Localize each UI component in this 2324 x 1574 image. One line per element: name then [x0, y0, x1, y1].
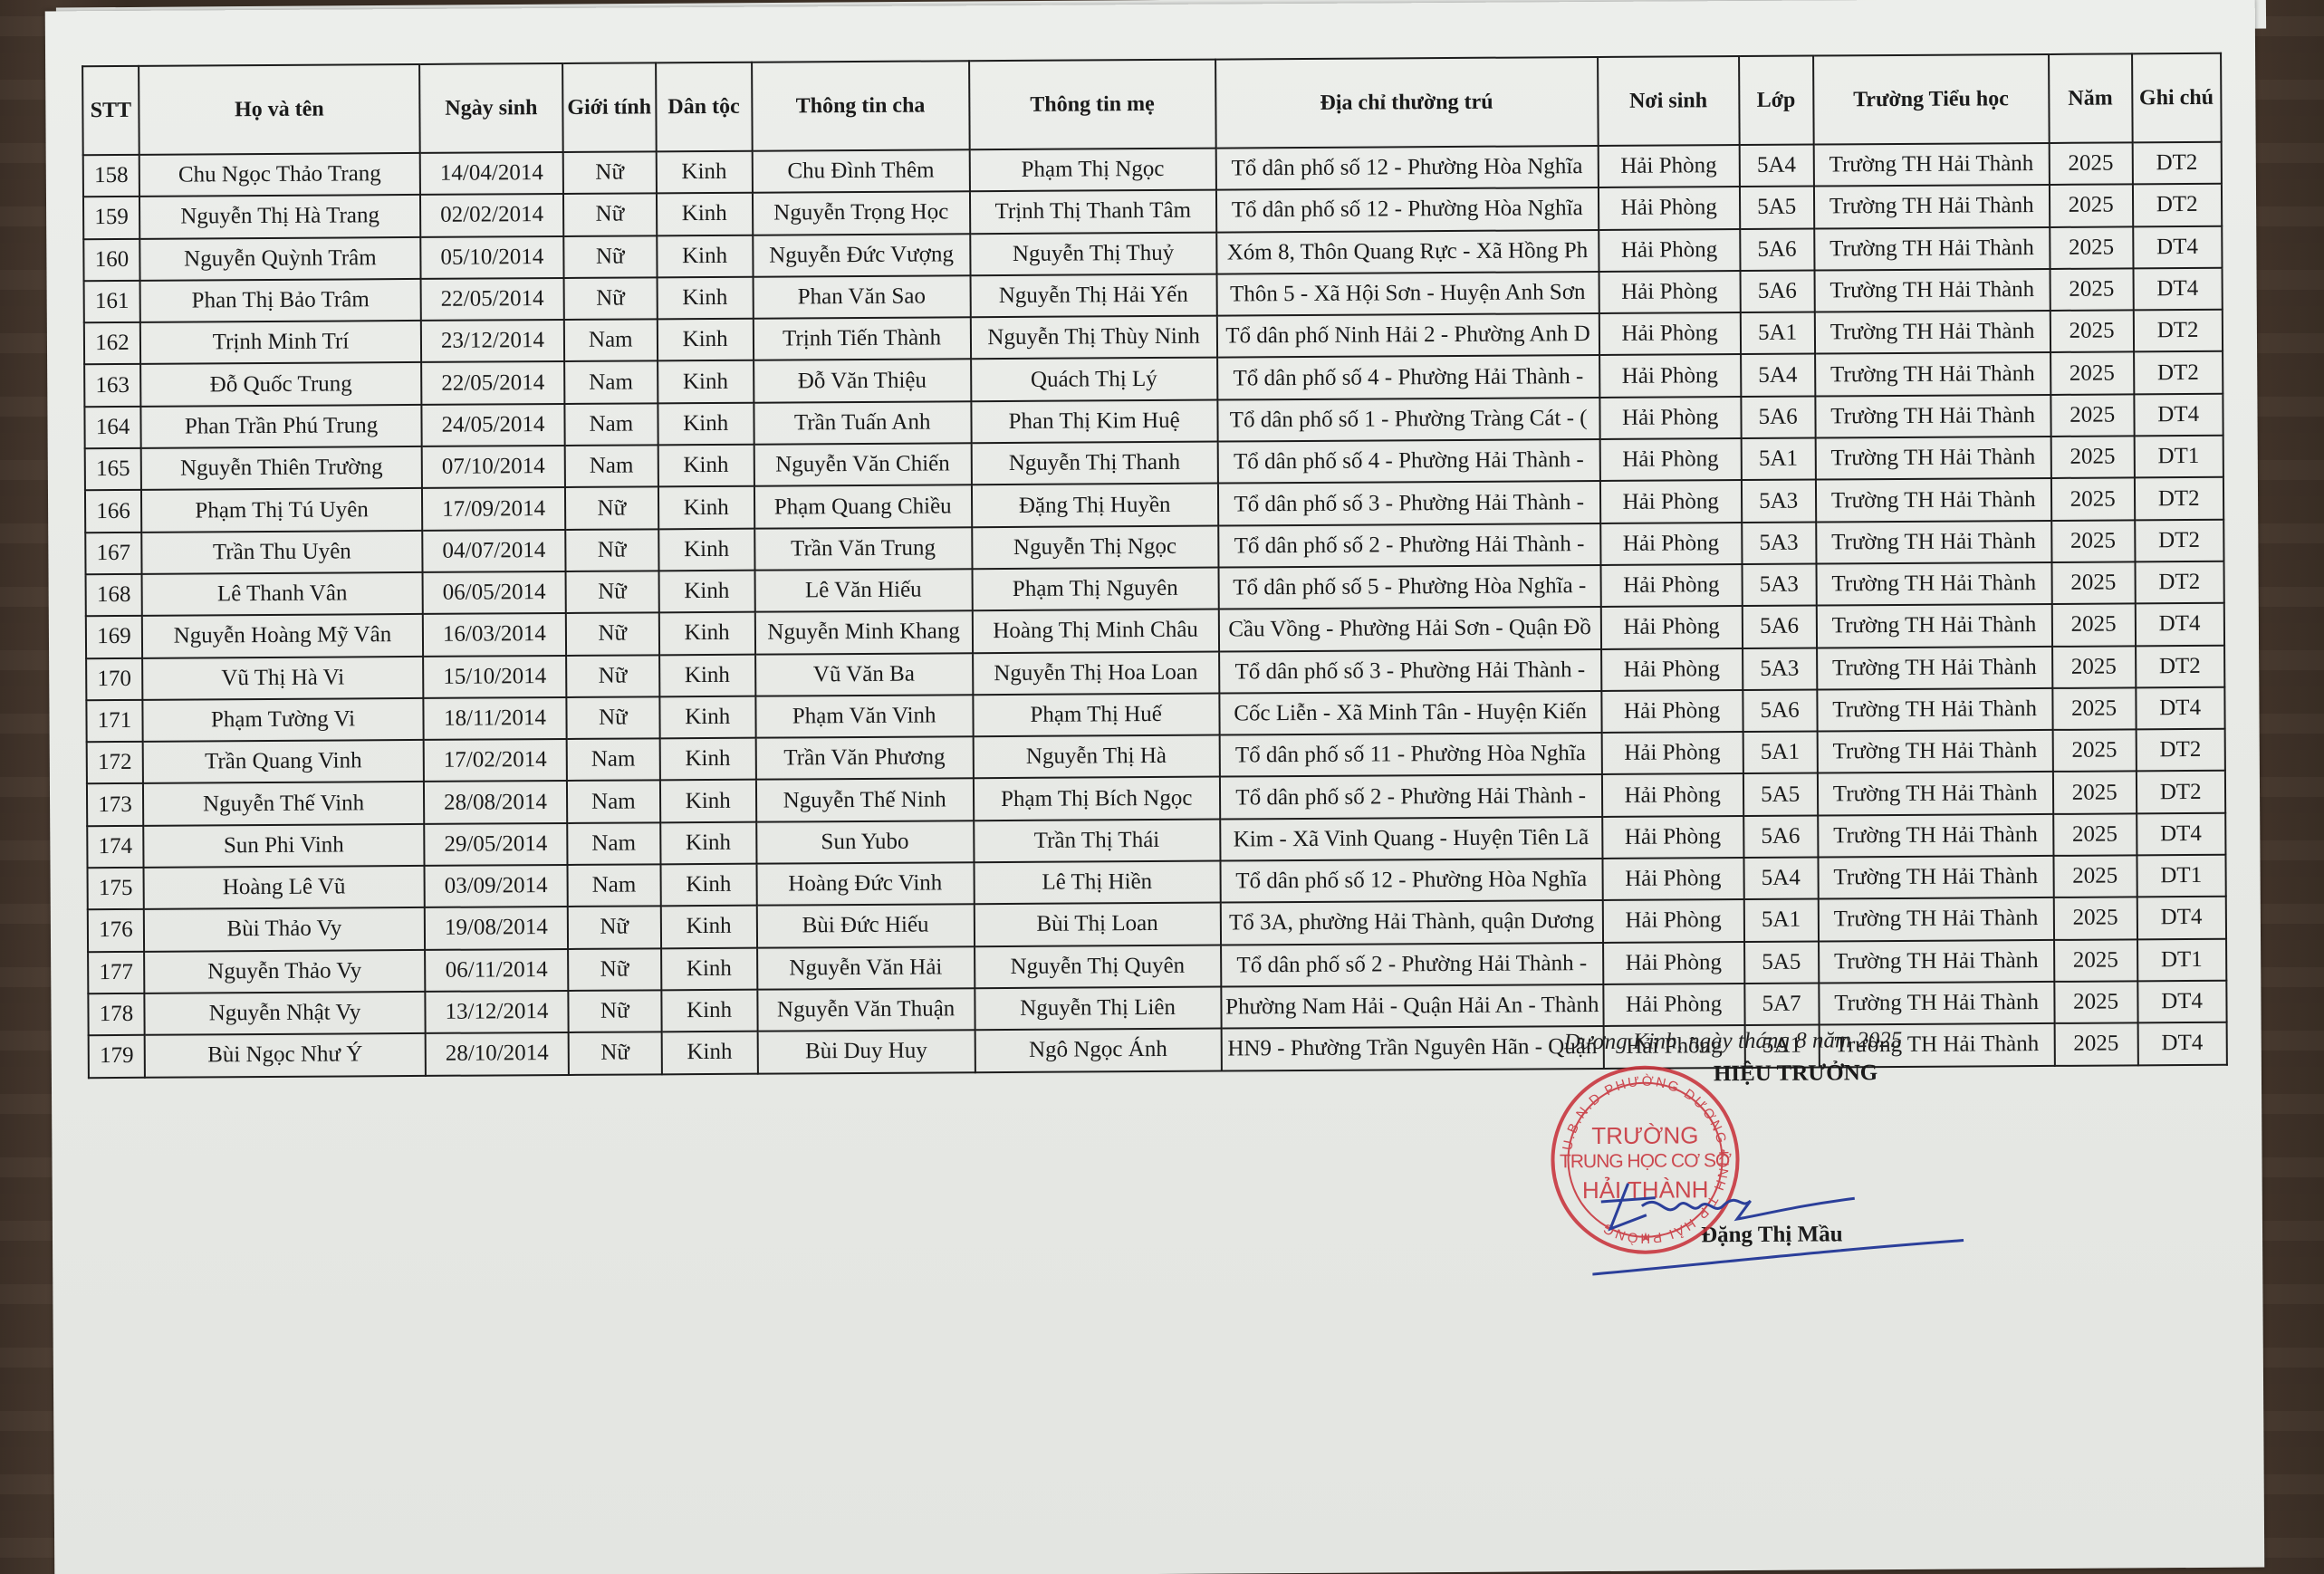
- cell-stt: 179: [89, 1035, 145, 1078]
- cell-father-info: Nguyễn Minh Khang: [754, 610, 972, 654]
- cell-stt: 165: [85, 448, 141, 491]
- cell-full-name: Phạm Thị Tú Uyên: [141, 488, 422, 532]
- cell-full-name: Nguyễn Hoàng Mỹ Vân: [142, 614, 423, 657]
- cell-year: 2025: [2051, 604, 2135, 647]
- cell-permanent-address: Tổ 3A, phường Hải Thành, quận Dương: [1220, 900, 1602, 945]
- cell-ethnicity: Kinh: [658, 528, 754, 571]
- cell-gender: Nữ: [563, 235, 657, 278]
- cell-permanent-address: Cốc Liễn - Xã Minh Tân - Huyện Kiến: [1219, 691, 1601, 735]
- table-header-row: STTHọ và tênNgày sinhGiới tínhDân tộcThô…: [82, 53, 2221, 155]
- cell-ethnicity: Kinh: [658, 571, 754, 613]
- cell-gender: Nam: [567, 781, 660, 823]
- cell-stt: 160: [83, 238, 139, 281]
- cell-father-info: Trần Văn Trung: [754, 527, 972, 571]
- principal-title: HIỆU TRƯỞNG: [1714, 1059, 2144, 1087]
- cell-gender: Nữ: [566, 655, 659, 697]
- header-mother-info: Thông tin mẹ: [969, 60, 1216, 150]
- cell-gender: Nữ: [568, 907, 661, 949]
- cell-class: 5A1: [1743, 732, 1817, 774]
- cell-ethnicity: Kinh: [657, 235, 753, 277]
- cell-father-info: Chu Đình Thêm: [752, 149, 969, 193]
- cell-primary-school: Trường TH Hải Thành: [1818, 814, 2053, 858]
- cell-note: DT4: [2133, 268, 2222, 311]
- cell-stt: 170: [86, 657, 142, 700]
- cell-note: DT4: [2137, 813, 2225, 856]
- cell-full-name: Nguyễn Thiên Trường: [141, 446, 422, 490]
- cell-ethnicity: Kinh: [660, 864, 756, 907]
- cell-birth-date: 28/08/2014: [424, 781, 567, 823]
- cell-primary-school: Trường TH Hải Thành: [1816, 562, 2051, 606]
- cell-birth-date: 29/05/2014: [424, 823, 567, 866]
- cell-ethnicity: Kinh: [658, 445, 754, 487]
- cell-permanent-address: Tổ dân phố số 12 - Phường Hòa Nghĩa: [1216, 187, 1599, 232]
- cell-stt: 161: [84, 281, 140, 323]
- cell-birth-date: 04/07/2014: [422, 530, 565, 572]
- cell-full-name: Trần Quang Vinh: [143, 740, 424, 783]
- cell-birth-date: 22/05/2014: [421, 361, 564, 404]
- cell-class: 5A6: [1743, 689, 1817, 732]
- cell-year: 2025: [2053, 813, 2137, 856]
- cell-note: DT4: [2137, 1022, 2226, 1065]
- cell-permanent-address: Tổ dân phố số 4 - Phường Hải Thành -: [1217, 439, 1599, 484]
- cell-note: DT2: [2135, 561, 2223, 604]
- cell-father-info: Bùi Đức Hiếu: [756, 905, 974, 948]
- cell-mother-info: Nguyễn Thị Hải Yến: [970, 274, 1216, 317]
- cell-note: DT4: [2133, 226, 2222, 268]
- cell-permanent-address: Tổ dân phố Ninh Hải 2 - Phường Anh D: [1216, 313, 1599, 358]
- cell-stt: 175: [88, 868, 144, 910]
- cell-father-info: Nguyễn Thế Ninh: [756, 779, 974, 822]
- header-permanent-address: Địa chỉ thường trú: [1215, 57, 1599, 149]
- cell-year: 2025: [2050, 394, 2134, 437]
- cell-permanent-address: Tổ dân phố số 1 - Phường Tràng Cát - (: [1217, 398, 1599, 442]
- cell-ethnicity: Kinh: [659, 654, 755, 696]
- cell-note: DT2: [2135, 477, 2223, 520]
- cell-year: 2025: [2050, 436, 2134, 478]
- cell-mother-info: Nguyễn Thị Liên: [975, 986, 1221, 1030]
- cell-gender: Nữ: [569, 1032, 662, 1075]
- cell-year: 2025: [2049, 142, 2132, 185]
- cell-class: 5A6: [1742, 606, 1816, 648]
- cell-full-name: Nguyễn Thảo Vy: [144, 950, 425, 993]
- cell-permanent-address: Tổ dân phố số 5 - Phường Hòa Nghĩa -: [1218, 565, 1600, 609]
- cell-class: 5A1: [1741, 438, 1815, 481]
- cell-father-info: Trần Tuấn Anh: [754, 401, 971, 445]
- cell-class: 5A5: [1740, 187, 1814, 229]
- place-date-line: Dương Kinh, ngày tháng 8 năm 2025: [1564, 1026, 2144, 1055]
- cell-mother-info: Trịnh Thị Thanh Tâm: [970, 190, 1216, 234]
- cell-primary-school: Trường TH Hải Thành: [1815, 352, 2050, 396]
- header-ethnicity: Dân tộc: [656, 62, 753, 152]
- cell-permanent-address: Tổ dân phố số 12 - Phường Hòa Nghĩa: [1220, 859, 1602, 903]
- cell-birthplace: Hải Phòng: [1599, 271, 1740, 313]
- cell-full-name: Nguyễn Nhật Vy: [144, 992, 425, 1035]
- cell-permanent-address: Tổ dân phố số 3 - Phường Hải Thành -: [1219, 649, 1601, 694]
- cell-primary-school: Trường TH Hải Thành: [1814, 269, 2050, 312]
- cell-father-info: Lê Văn Hiếu: [754, 569, 972, 612]
- cell-year: 2025: [2053, 855, 2137, 897]
- cell-gender: Nữ: [565, 487, 658, 530]
- cell-primary-school: Trường TH Hải Thành: [1819, 940, 2054, 984]
- cell-gender: Nữ: [563, 151, 657, 194]
- cell-primary-school: Trường TH Hải Thành: [1819, 982, 2054, 1025]
- header-stt: STT: [82, 66, 139, 155]
- cell-mother-info: Lê Thị Hiền: [974, 861, 1220, 905]
- cell-birthplace: Hải Phòng: [1599, 355, 1741, 398]
- cell-father-info: Đỗ Văn Thiệu: [754, 360, 971, 403]
- cell-full-name: Trần Thu Uyên: [141, 531, 422, 574]
- cell-birth-date: 14/04/2014: [420, 152, 563, 195]
- cell-full-name: Trịnh Minh Trí: [140, 321, 421, 364]
- cell-note: DT4: [2135, 603, 2223, 646]
- cell-ethnicity: Kinh: [656, 151, 752, 194]
- cell-gender: Nữ: [564, 277, 658, 320]
- table-body: 158Chu Ngọc Thảo Trang14/04/2014NữKinhCh…: [83, 142, 2227, 1078]
- cell-father-info: Bùi Duy Huy: [757, 1030, 975, 1073]
- cell-mother-info: Nguyễn Thị Hà: [973, 735, 1219, 779]
- cell-year: 2025: [2052, 687, 2136, 730]
- cell-birth-date: 17/09/2014: [422, 487, 565, 530]
- cell-primary-school: Trường TH Hải Thành: [1818, 772, 2053, 815]
- cell-father-info: Trịnh Tiến Thành: [753, 317, 970, 360]
- cell-mother-info: Nguyễn Thị Ngọc: [972, 525, 1218, 569]
- cell-year: 2025: [2050, 352, 2134, 395]
- header-gender: Giới tính: [562, 62, 656, 152]
- cell-stt: 166: [85, 490, 141, 533]
- cell-ethnicity: Kinh: [660, 821, 756, 864]
- cell-stt: 172: [87, 742, 143, 784]
- cell-mother-info: Hoàng Thị Minh Châu: [972, 609, 1218, 653]
- cell-birth-date: 13/12/2014: [425, 991, 568, 1033]
- cell-year: 2025: [2053, 772, 2137, 814]
- cell-stt: 163: [84, 364, 140, 407]
- cell-mother-info: Ngô Ngọc Ánh: [975, 1029, 1221, 1072]
- cell-mother-info: Quách Thị Lý: [971, 358, 1217, 401]
- header-father-info: Thông tin cha: [752, 61, 970, 150]
- cell-full-name: Bùi Thảo Vy: [144, 907, 425, 951]
- cell-permanent-address: Tổ dân phố số 12 - Phường Hòa Nghĩa: [1215, 146, 1598, 190]
- cell-permanent-address: Tổ dân phố số 2 - Phường Hải Thành -: [1220, 774, 1602, 819]
- cell-birthplace: Hải Phòng: [1602, 773, 1743, 816]
- document-page: STTHọ và tênNgày sinhGiới tínhDân tộcThô…: [45, 0, 2265, 1574]
- cell-primary-school: Trường TH Hải Thành: [1814, 311, 2050, 354]
- cell-birth-date: 15/10/2014: [423, 656, 566, 698]
- cell-gender: Nữ: [566, 613, 659, 656]
- cell-note: DT2: [2133, 184, 2222, 226]
- cell-mother-info: Phạm Thị Ngọc: [969, 149, 1215, 192]
- cell-gender: Nữ: [568, 948, 661, 991]
- cell-class: 5A1: [1740, 312, 1814, 355]
- cell-mother-info: Nguyễn Thị Thuỷ: [970, 232, 1216, 275]
- cell-stt: 177: [88, 951, 144, 993]
- cell-permanent-address: Phường Nam Hải - Quận Hải An - Thành: [1221, 984, 1603, 1029]
- cell-birthplace: Hải Phòng: [1599, 312, 1740, 355]
- cell-year: 2025: [2053, 897, 2137, 940]
- cell-ethnicity: Kinh: [658, 612, 754, 655]
- cell-permanent-address: Tổ dân phố số 4 - Phường Hải Thành -: [1217, 355, 1599, 399]
- cell-full-name: Hoàng Lê Vũ: [144, 866, 425, 909]
- cell-primary-school: Trường TH Hải Thành: [1815, 395, 2050, 438]
- cell-gender: Nam: [565, 445, 658, 487]
- cell-year: 2025: [2051, 520, 2135, 562]
- cell-birth-date: 02/02/2014: [420, 194, 563, 236]
- cell-mother-info: Bùi Thị Loan: [974, 903, 1220, 946]
- cell-birthplace: Hải Phòng: [1601, 648, 1743, 691]
- cell-permanent-address: Kim - Xã Vinh Quang - Huyện Tiên Lã: [1220, 817, 1602, 861]
- cell-father-info: Nguyễn Văn Chiến: [754, 443, 971, 486]
- cell-birth-date: 16/03/2014: [423, 613, 566, 656]
- cell-class: 5A5: [1743, 773, 1818, 816]
- cell-gender: Nam: [564, 403, 658, 446]
- cell-father-info: Phan Văn Sao: [753, 275, 970, 319]
- cell-note: DT4: [2137, 981, 2226, 1023]
- cell-primary-school: Trường TH Hải Thành: [1817, 730, 2052, 773]
- cell-permanent-address: Tổ dân phố số 11 - Phường Hòa Nghĩa: [1219, 733, 1601, 777]
- header-class: Lớp: [1739, 56, 1814, 145]
- cell-class: 5A4: [1743, 858, 1818, 900]
- cell-stt: 159: [83, 197, 139, 239]
- cell-stt: 178: [88, 993, 144, 1036]
- cell-primary-school: Trường TH Hải Thành: [1813, 143, 2049, 187]
- cell-note: DT2: [2135, 519, 2223, 561]
- cell-class: 5A6: [1740, 270, 1814, 312]
- student-roster-table: STTHọ và tênNgày sinhGiới tínhDân tộcThô…: [82, 53, 2227, 1079]
- cell-note: DT4: [2134, 394, 2223, 437]
- handwritten-signature: [1592, 1163, 2010, 1283]
- cell-class: 5A4: [1741, 354, 1815, 397]
- cell-full-name: Lê Thanh Vân: [142, 572, 423, 616]
- cell-gender: Nam: [564, 361, 658, 404]
- cell-gender: Nam: [567, 822, 660, 865]
- cell-father-info: Nguyễn Đức Vượng: [753, 234, 970, 277]
- cell-class: 5A3: [1742, 564, 1816, 607]
- cell-ethnicity: Kinh: [659, 696, 755, 739]
- cell-year: 2025: [2051, 561, 2135, 604]
- cell-permanent-address: Thôn 5 - Xã Hội Sơn - Huyện Anh Sơn: [1216, 272, 1599, 316]
- cell-birthplace: Hải Phòng: [1603, 984, 1744, 1026]
- cell-ethnicity: Kinh: [657, 319, 753, 361]
- cell-note: DT2: [2134, 351, 2223, 394]
- cell-class: 5A3: [1742, 522, 1816, 564]
- header-full-name: Họ và tên: [139, 64, 420, 155]
- cell-birthplace: Hải Phòng: [1601, 732, 1743, 774]
- cell-primary-school: Trường TH Hải Thành: [1814, 185, 2050, 228]
- cell-full-name: Phạm Tường Vi: [142, 698, 423, 742]
- cell-birthplace: Hải Phòng: [1600, 564, 1742, 607]
- cell-birthplace: Hải Phòng: [1598, 145, 1739, 187]
- cell-birth-date: 05/10/2014: [420, 236, 563, 279]
- cell-permanent-address: Cầu Vồng - Phường Hải Sơn - Quận Đồ: [1218, 607, 1600, 651]
- cell-note: DT1: [2137, 855, 2225, 897]
- cell-birthplace: Hải Phòng: [1603, 942, 1744, 984]
- cell-permanent-address: Tổ dân phố số 2 - Phường Hải Thành -: [1218, 523, 1600, 568]
- cell-primary-school: Trường TH Hải Thành: [1818, 897, 2053, 941]
- cell-stt: 173: [87, 783, 143, 826]
- cell-year: 2025: [2052, 646, 2136, 688]
- cell-primary-school: Trường TH Hải Thành: [1815, 437, 2050, 480]
- cell-birthplace: Hải Phòng: [1599, 229, 1740, 272]
- cell-note: DT4: [2137, 897, 2225, 939]
- cell-birthplace: Hải Phòng: [1602, 858, 1743, 900]
- cell-stt: 171: [86, 700, 142, 743]
- cell-permanent-address: Xóm 8, Thôn Quang Rực - Xã Hồng Ph: [1216, 230, 1599, 274]
- cell-birth-date: 07/10/2014: [422, 446, 565, 488]
- cell-birth-date: 06/11/2014: [425, 949, 568, 992]
- cell-class: 5A5: [1744, 941, 1819, 984]
- cell-birthplace: Hải Phòng: [1599, 187, 1740, 229]
- cell-note: DT1: [2134, 436, 2223, 478]
- cell-mother-info: Nguyễn Thị Hoa Loan: [973, 651, 1219, 695]
- cell-gender: Nam: [564, 320, 658, 362]
- cell-mother-info: Phạm Thị Nguyên: [972, 568, 1218, 611]
- cell-full-name: Nguyễn Thị Hà Trang: [139, 195, 420, 238]
- cell-class: 5A7: [1744, 983, 1819, 1025]
- cell-father-info: Sun Yubo: [756, 821, 974, 864]
- cell-note: DT2: [2136, 729, 2224, 772]
- cell-ethnicity: Kinh: [658, 486, 754, 529]
- cell-gender: Nữ: [566, 571, 659, 613]
- cell-ethnicity: Kinh: [657, 193, 753, 235]
- cell-birth-date: 03/09/2014: [425, 865, 568, 907]
- cell-mother-info: Đặng Thị Huyền: [972, 484, 1218, 527]
- cell-gender: Nữ: [568, 990, 661, 1032]
- cell-ethnicity: Kinh: [658, 402, 754, 445]
- cell-birthplace: Hải Phòng: [1600, 523, 1742, 565]
- cell-birthplace: Hải Phòng: [1601, 690, 1743, 733]
- cell-full-name: Sun Phi Vinh: [143, 824, 424, 868]
- cell-ethnicity: Kinh: [661, 947, 757, 990]
- cell-primary-school: Trường TH Hải Thành: [1814, 227, 2050, 271]
- cell-permanent-address: Tổ dân phố số 2 - Phường Hải Thành -: [1221, 943, 1603, 987]
- cell-mother-info: Nguyễn Thị Thanh: [971, 442, 1217, 485]
- cell-full-name: Nguyễn Thế Vinh: [143, 782, 424, 825]
- cell-mother-info: Phan Thị Kim Huệ: [971, 399, 1217, 443]
- cell-primary-school: Trường TH Hải Thành: [1816, 521, 2051, 564]
- cell-ethnicity: Kinh: [659, 738, 755, 781]
- cell-stt: 168: [86, 574, 142, 617]
- cell-birth-date: 18/11/2014: [423, 697, 566, 740]
- cell-ethnicity: Kinh: [660, 780, 756, 822]
- cell-year: 2025: [2051, 478, 2135, 521]
- cell-year: 2025: [2050, 268, 2133, 311]
- cell-birth-date: 06/05/2014: [423, 571, 566, 614]
- cell-note: DT1: [2137, 938, 2226, 981]
- cell-class: 5A3: [1743, 648, 1817, 690]
- cell-father-info: Phạm Văn Vinh: [755, 695, 973, 738]
- cell-year: 2025: [2050, 226, 2133, 269]
- cell-ethnicity: Kinh: [661, 990, 757, 1032]
- cell-year: 2025: [2050, 311, 2133, 353]
- cell-birth-date: 17/02/2014: [424, 739, 567, 782]
- cell-gender: Nam: [567, 864, 660, 907]
- cell-ethnicity: Kinh: [661, 1032, 757, 1074]
- cell-class: 5A6: [1743, 815, 1818, 858]
- stamp-line-1: TRƯỜNG: [1554, 1121, 1735, 1150]
- cell-year: 2025: [2054, 981, 2137, 1023]
- cell-stt: 167: [85, 533, 141, 575]
- cell-father-info: Hoàng Đức Vinh: [756, 862, 974, 906]
- cell-birthplace: Hải Phòng: [1599, 397, 1741, 439]
- header-primary-school: Trường Tiểu học: [1813, 54, 2050, 145]
- cell-full-name: Vũ Thị Hà Vi: [142, 656, 423, 699]
- cell-class: 5A3: [1742, 480, 1816, 523]
- cell-mother-info: Trần Thị Thái: [974, 819, 1220, 862]
- cell-class: 5A4: [1739, 145, 1813, 187]
- cell-primary-school: Trường TH Hải Thành: [1816, 478, 2051, 522]
- cell-note: DT2: [2133, 310, 2222, 352]
- cell-birth-date: 28/10/2014: [426, 1032, 569, 1075]
- cell-year: 2025: [2054, 939, 2137, 982]
- cell-full-name: Phan Thị Bảo Trâm: [140, 279, 421, 322]
- cell-birth-date: 19/08/2014: [425, 907, 568, 949]
- cell-note: DT2: [2136, 645, 2224, 687]
- cell-birthplace: Hải Phòng: [1600, 606, 1742, 648]
- cell-father-info: Trần Văn Phương: [755, 736, 973, 780]
- signature-block: Dương Kinh, ngày tháng 8 năm 2025 HIỆU T…: [1510, 1026, 2145, 1249]
- cell-gender: Nữ: [563, 194, 657, 236]
- cell-primary-school: Trường TH Hải Thành: [1816, 604, 2051, 648]
- cell-permanent-address: Tổ dân phố số 3 - Phường Hải Thành -: [1218, 481, 1600, 525]
- cell-birth-date: 22/05/2014: [421, 278, 564, 321]
- cell-father-info: Nguyễn Trọng Học: [753, 192, 970, 235]
- cell-note: DT4: [2136, 687, 2224, 730]
- cell-full-name: Chu Ngọc Thảo Trang: [139, 153, 420, 197]
- cell-year: 2025: [2052, 730, 2136, 773]
- cell-full-name: Đỗ Quốc Trung: [140, 362, 421, 406]
- cell-full-name: Nguyễn Quỳnh Trâm: [139, 237, 420, 281]
- header-note: Ghi chú: [2132, 53, 2222, 143]
- cell-full-name: Phan Trần Phú Trung: [140, 405, 421, 448]
- cell-ethnicity: Kinh: [660, 906, 756, 948]
- student-roster-sheet: STTHọ và tênNgày sinhGiới tínhDân tộcThô…: [82, 53, 2227, 1079]
- cell-birthplace: Hải Phòng: [1602, 816, 1743, 859]
- header-birthplace: Nơi sinh: [1598, 56, 1740, 146]
- header-birth-date: Ngày sinh: [419, 63, 563, 153]
- cell-birthplace: Hải Phòng: [1600, 480, 1742, 523]
- cell-father-info: Vũ Văn Ba: [755, 653, 973, 696]
- cell-father-info: Nguyễn Văn Hải: [757, 946, 975, 990]
- cell-mother-info: Phạm Thị Huế: [973, 693, 1219, 736]
- cell-primary-school: Trường TH Hải Thành: [1818, 856, 2053, 899]
- cell-gender: Nữ: [565, 529, 658, 571]
- cell-year: 2025: [2050, 185, 2133, 227]
- cell-primary-school: Trường TH Hải Thành: [1817, 647, 2052, 690]
- cell-mother-info: Nguyễn Thị Thùy Ninh: [970, 316, 1216, 360]
- cell-stt: 169: [86, 616, 142, 658]
- cell-birthplace: Hải Phòng: [1602, 899, 1743, 942]
- cell-birth-date: 24/05/2014: [421, 404, 564, 446]
- header-year: Năm: [2049, 53, 2133, 143]
- cell-stt: 164: [84, 407, 140, 449]
- cell-stt: 158: [83, 155, 139, 197]
- cell-stt: 162: [84, 322, 140, 365]
- cell-father-info: Nguyễn Văn Thuận: [757, 988, 975, 1032]
- cell-stt: 174: [87, 826, 143, 869]
- cell-class: 5A6: [1741, 396, 1815, 438]
- cell-gender: Nam: [567, 738, 660, 781]
- cell-note: DT2: [2132, 142, 2221, 185]
- cell-mother-info: Phạm Thị Bích Ngọc: [974, 777, 1220, 821]
- cell-mother-info: Nguyễn Thị Quyên: [975, 945, 1221, 988]
- cell-ethnicity: Kinh: [657, 277, 753, 320]
- cell-class: 5A6: [1740, 228, 1814, 271]
- cell-gender: Nữ: [566, 696, 659, 739]
- cell-full-name: Bùi Ngọc Như Ý: [145, 1033, 426, 1077]
- cell-father-info: Phạm Quang Chiều: [754, 485, 972, 529]
- cell-primary-school: Trường TH Hải Thành: [1817, 688, 2052, 732]
- cell-ethnicity: Kinh: [658, 360, 754, 403]
- cell-birth-date: 23/12/2014: [421, 320, 564, 362]
